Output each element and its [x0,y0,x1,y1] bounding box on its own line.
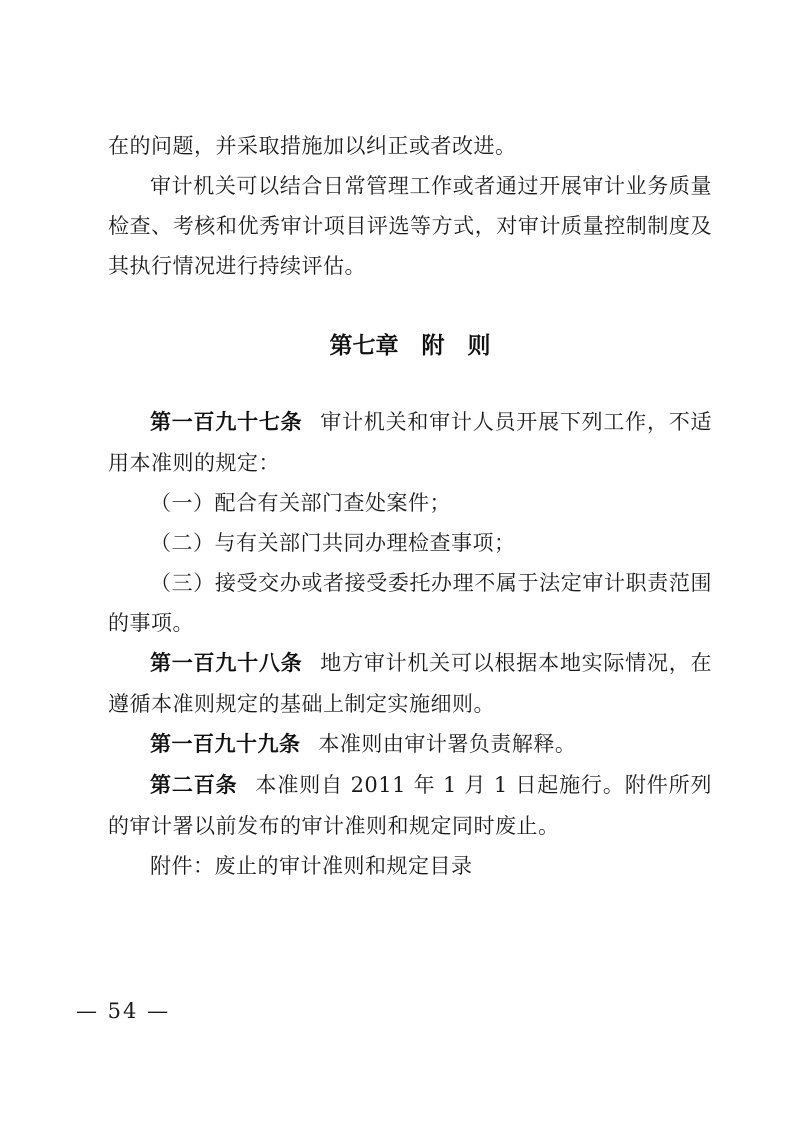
article-200-number: 第二百条 [150,774,238,797]
paragraph-continuation: 在的问题，并采取措施加以纠正或者改进。 [108,126,712,166]
article-197-item-1: （一）配合有关部门查处案件； [108,483,712,523]
article-197-item-2: （二）与有关部门共同办理检查事项； [108,523,712,563]
article-199-number: 第一百九十九条 [150,733,301,756]
article-199-text: 本准则由审计署负责解释。 [318,732,576,756]
document-content: 在的问题，并采取措施加以纠正或者改进。 审计机关可以结合日常管理工作或者通过开展… [108,126,712,886]
article-197: 第一百九十七条审计机关和审计人员开展下列工作，不适用本准则的规定： [108,402,712,483]
attachment-line: 附件：废止的审计准则和规定目录 [108,846,712,886]
article-197-item-3: （三）接受交办或者接受委托办理不属于法定审计职责范围的事项。 [108,563,712,643]
article-200: 第二百条本准则自 2011 年 1 月 1 日起施行。附件所列的审计署以前发布的… [108,765,712,846]
article-198-number: 第一百九十八条 [150,652,302,675]
chapter-heading: 第七章 附 则 [108,324,712,366]
article-197-number: 第一百九十七条 [150,411,302,434]
article-199: 第一百九十九条本准则由审计署负责解释。 [108,724,712,765]
document-page: 在的问题，并采取措施加以纠正或者改进。 审计机关可以结合日常管理工作或者通过开展… [0,0,793,1122]
article-198: 第一百九十八条地方审计机关可以根据本地实际情况，在遵循本准则规定的基础上制定实施… [108,643,712,724]
page-number: — 54 — [76,997,170,1025]
paragraph-evaluation: 审计机关可以结合日常管理工作或者通过开展审计业务质量检查、考核和优秀审计项目评选… [108,166,712,286]
